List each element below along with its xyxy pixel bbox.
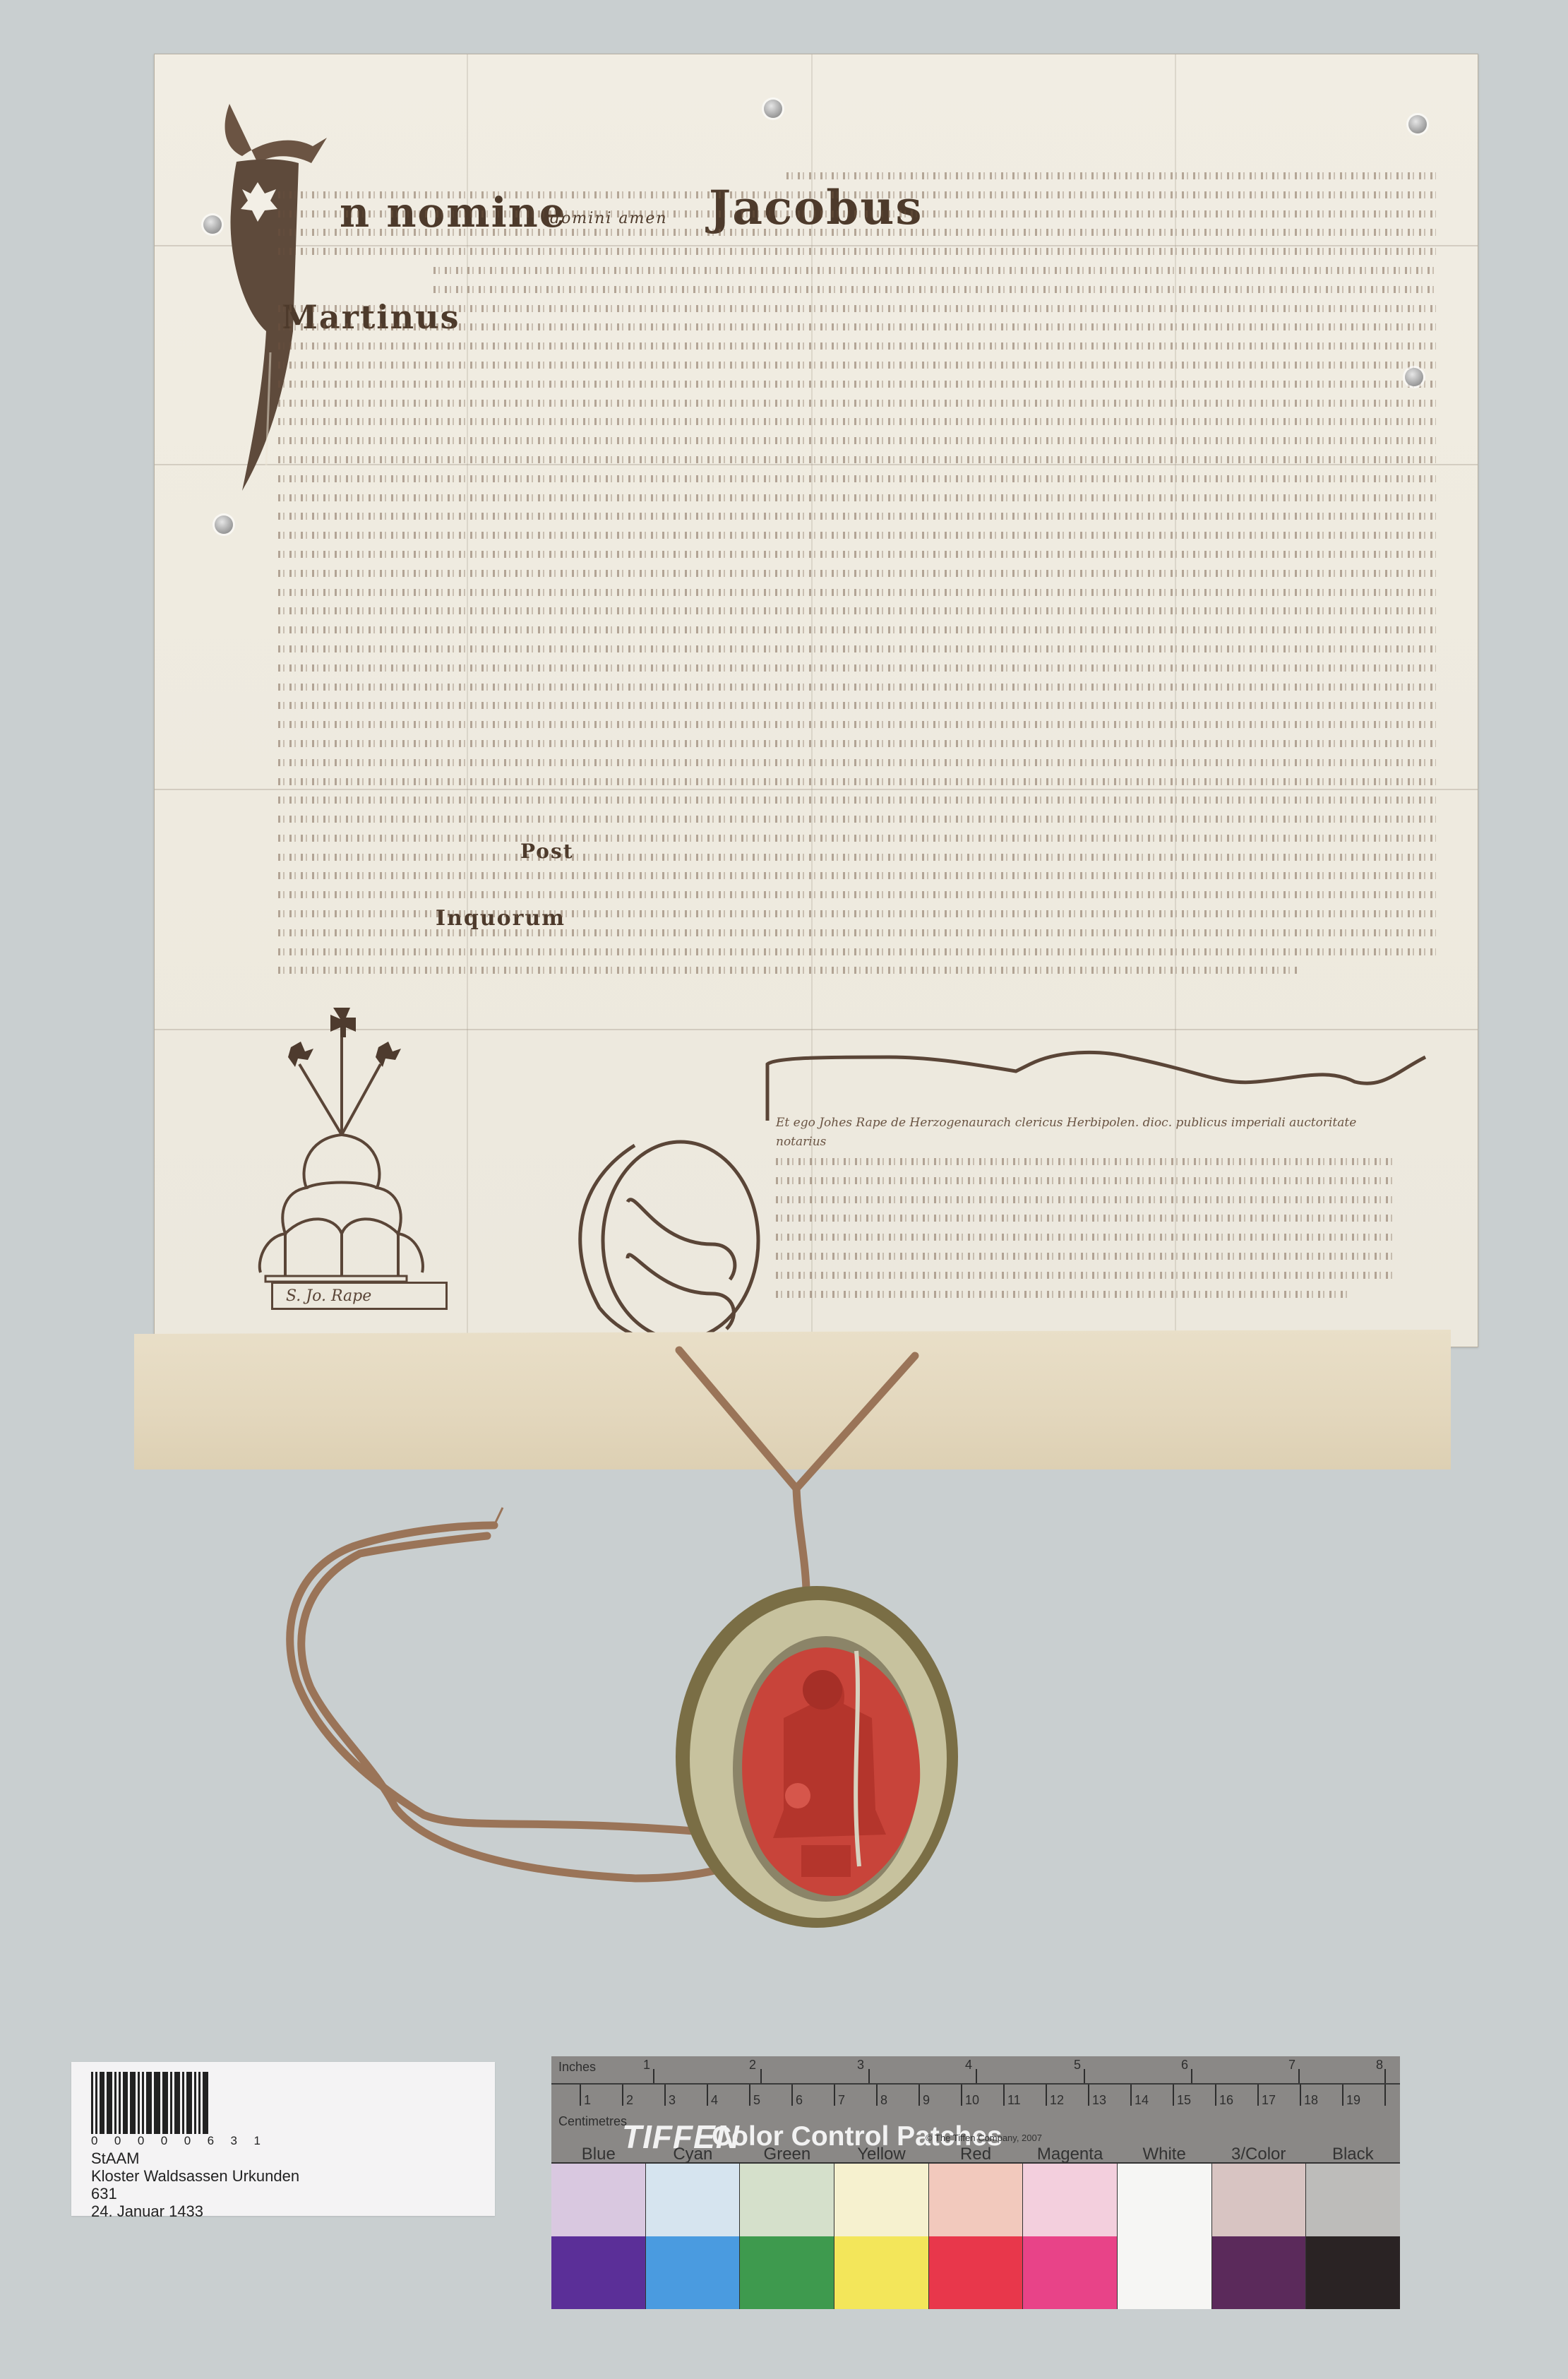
patch-names: BlueCyanGreenYellowRedMagentaWhite3/Colo… (551, 2145, 1400, 2164)
notary-subscription: Et ego Johes Rape de Herzogenaurach cler… (776, 1114, 1397, 1303)
mount-pin-icon (215, 515, 233, 534)
charter-parchment: n nomine domini amen Jacobus Martinus Po… (154, 54, 1478, 1347)
patch-yellow (834, 2164, 929, 2309)
mount-pin-icon (1408, 115, 1427, 133)
mount-pin-icon (1405, 368, 1423, 386)
charter-main-text (278, 166, 1436, 979)
mount-pin-icon (764, 100, 782, 118)
barcode-number: 00000631 (91, 2134, 261, 2148)
subscription-opening: Et ego Johes Rape de Herzogenaurach cler… (776, 1114, 1397, 1152)
patch-cyan (646, 2164, 741, 2309)
patch-red (929, 2164, 1024, 2309)
notary-bracket-line (762, 1029, 1468, 1121)
label-collection: Kloster Waldsassen Urkunden (91, 2167, 299, 2185)
patch-3color (1212, 2164, 1307, 2309)
patch-white (1118, 2164, 1212, 2309)
patch-blue (551, 2164, 646, 2309)
notarial-sign-caption: S. Jo. Rape (271, 1282, 448, 1310)
color-control-card: Inches 1 2 3 4 5 6 7 8 1 2 3 4 5 6 7 8 9… (551, 2056, 1400, 2308)
label-number: 631 (91, 2185, 117, 2202)
label-date: 24. Januar 1433 (91, 2202, 203, 2220)
wax-seal-icon (674, 1584, 960, 1930)
archive-label: 00000631 StAAM Kloster Waldsassen Urkund… (71, 2062, 495, 2216)
patch-green (740, 2164, 834, 2309)
charter-plica (134, 1330, 1451, 1469)
color-patches (551, 2162, 1400, 2309)
inches-label: Inches (558, 2060, 596, 2075)
mount-pin-icon (203, 215, 222, 234)
label-archive: StAAM (91, 2150, 139, 2167)
shield-emblem-icon (550, 1138, 783, 1350)
patch-magenta (1023, 2164, 1118, 2309)
patch-black (1306, 2164, 1400, 2309)
card-copyright: © The Tiffen Company, 2007 (926, 2133, 1042, 2143)
inch-ruler: Inches 1 2 3 4 5 6 7 8 (551, 2056, 1400, 2085)
notarial-sign-icon (257, 1001, 426, 1283)
centimetres-label: Centimetres (558, 2114, 627, 2129)
barcode-icon (91, 2072, 210, 2134)
centimetre-ruler: 1 2 3 4 5 6 7 8 9 10 11 12 13 14 15 16 1… (551, 2085, 1400, 2114)
